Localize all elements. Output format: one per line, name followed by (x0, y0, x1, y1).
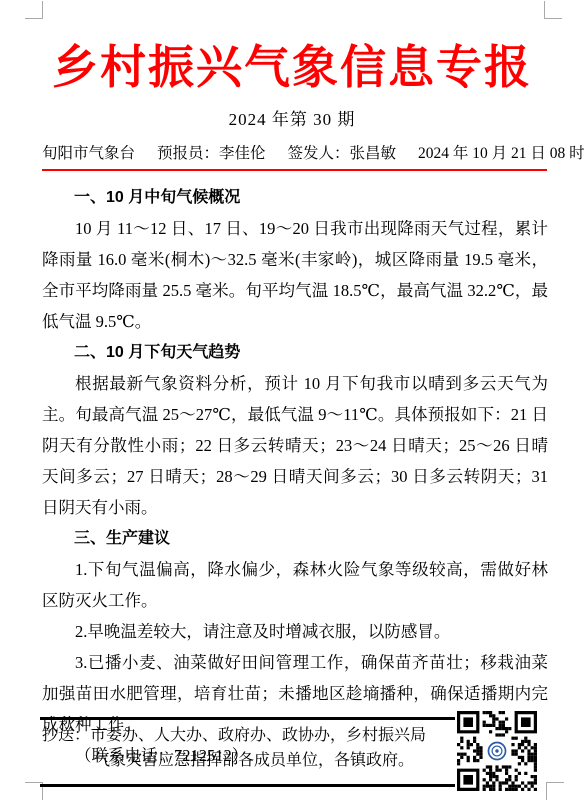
section-3-item-1: 1.下旬气温偏高，降水偏少，森林火险气象等级较高，需做好林区防灭火工作。 (42, 554, 548, 616)
page-title: 乡村振兴气象信息专报 (0, 36, 584, 98)
crop-mark-top-right-icon (544, 1, 562, 19)
document-body: 一、10 月中旬气候概况 10 月 11～12 日、17 日、19～20 日我市… (42, 182, 548, 771)
footer-top-rule (40, 717, 455, 720)
document-page: 乡村振兴气象信息专报 2024 年第 30 期 旬阳市气象台 预报员：李佳伦 签… (0, 0, 584, 804)
qr-code (457, 711, 537, 791)
issuer-name: 旬阳市气象台 (42, 144, 135, 164)
footer-bottom-rule (40, 784, 455, 787)
issue-datetime: 2024 年 10 月 21 日 08 时 (418, 144, 584, 164)
issue-number: 2024 年第 30 期 (0, 110, 584, 130)
section-3-heading: 三、生产建议 (42, 523, 548, 554)
crop-mark-bottom-right-icon (546, 782, 564, 800)
signer-name: 签发人：张昌敏 (288, 144, 397, 164)
qr-center-logo-icon (486, 740, 507, 761)
section-2-heading: 二、10 月下旬天气趋势 (42, 337, 548, 368)
section-3-item-2: 2.早晚温差较大，请注意及时增减衣服，以防感冒。 (42, 616, 548, 647)
forecaster-name: 预报员：李佳伦 (157, 144, 266, 164)
crop-mark-top-left-icon (25, 1, 43, 19)
issuer-info-line: 旬阳市气象台 预报员：李佳伦 签发人：张昌敏 2024 年 10 月 21 日 … (42, 144, 547, 171)
section-2-paragraph: 根据最新气象资料分析，预计 10 月下旬我市以晴到多云天气为主。旬最高气温 25… (42, 368, 548, 523)
section-1-paragraph: 10 月 11～12 日、17 日、19～20 日我市出现降雨天气过程，累计降雨… (42, 213, 548, 337)
section-1-heading: 一、10 月中旬气候概况 (42, 182, 548, 213)
